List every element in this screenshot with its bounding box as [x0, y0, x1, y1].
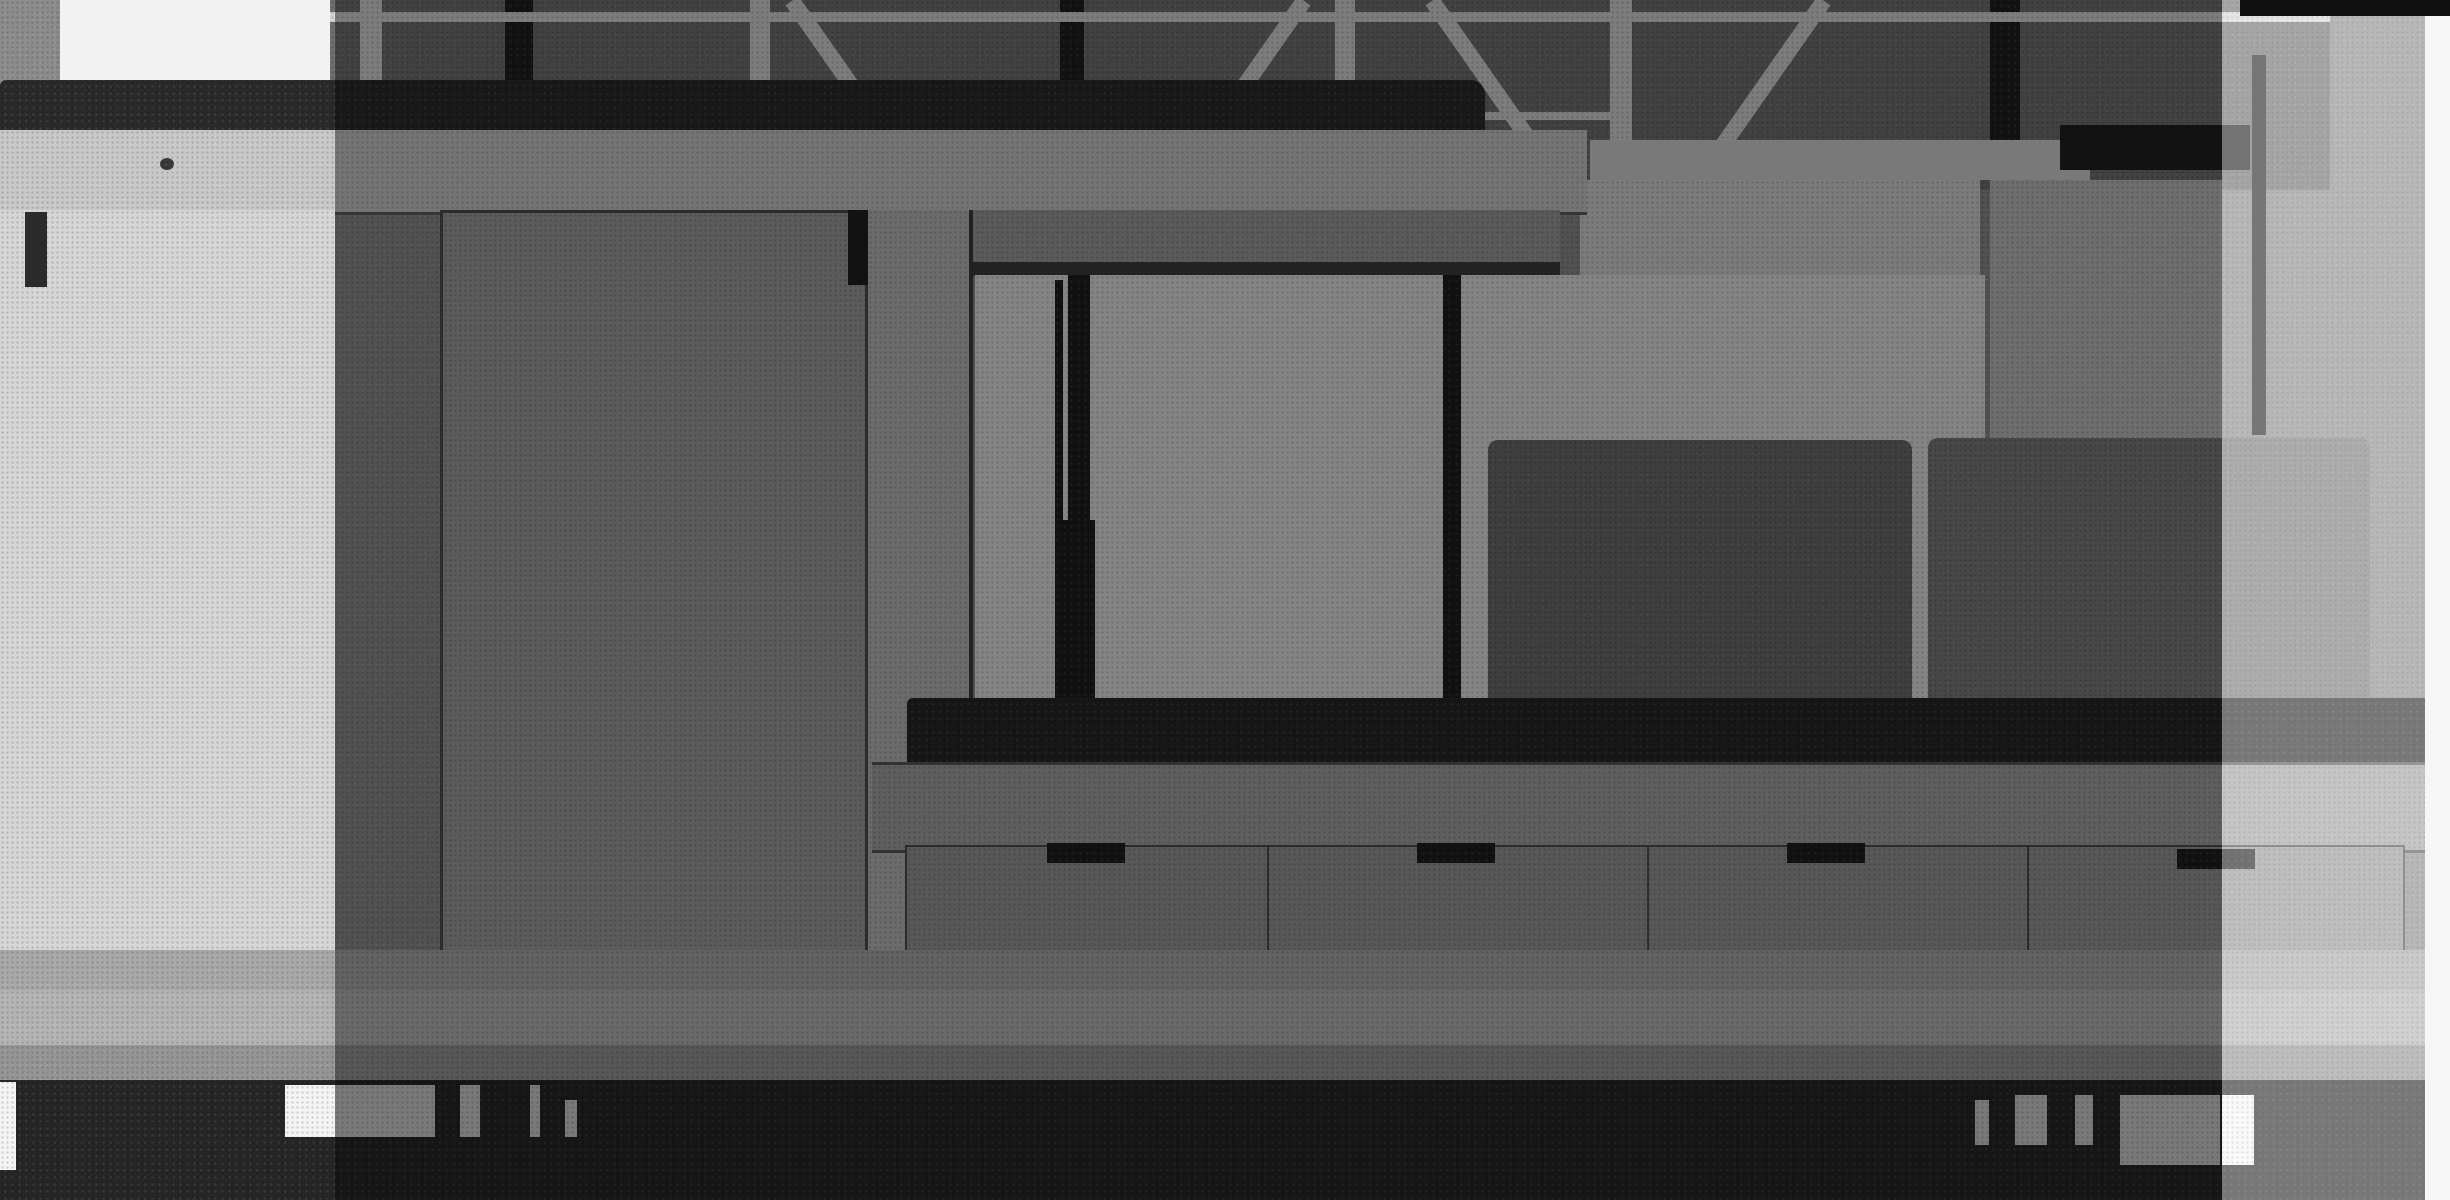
- film-border: [2240, 0, 2450, 16]
- sky-gap: [60, 0, 350, 85]
- overexposed-band: [2222, 0, 2450, 1200]
- left-side-panel: [0, 210, 335, 950]
- photograph: [0, 0, 2450, 1200]
- panel-shadow-edge: [25, 212, 47, 287]
- floor-light-patch: [0, 1082, 16, 1170]
- wood-knot: [160, 158, 174, 170]
- film-edge: [2425, 0, 2450, 1200]
- floor-light-patch: [285, 1085, 335, 1137]
- darkened-exposure-band: [335, 0, 2222, 1200]
